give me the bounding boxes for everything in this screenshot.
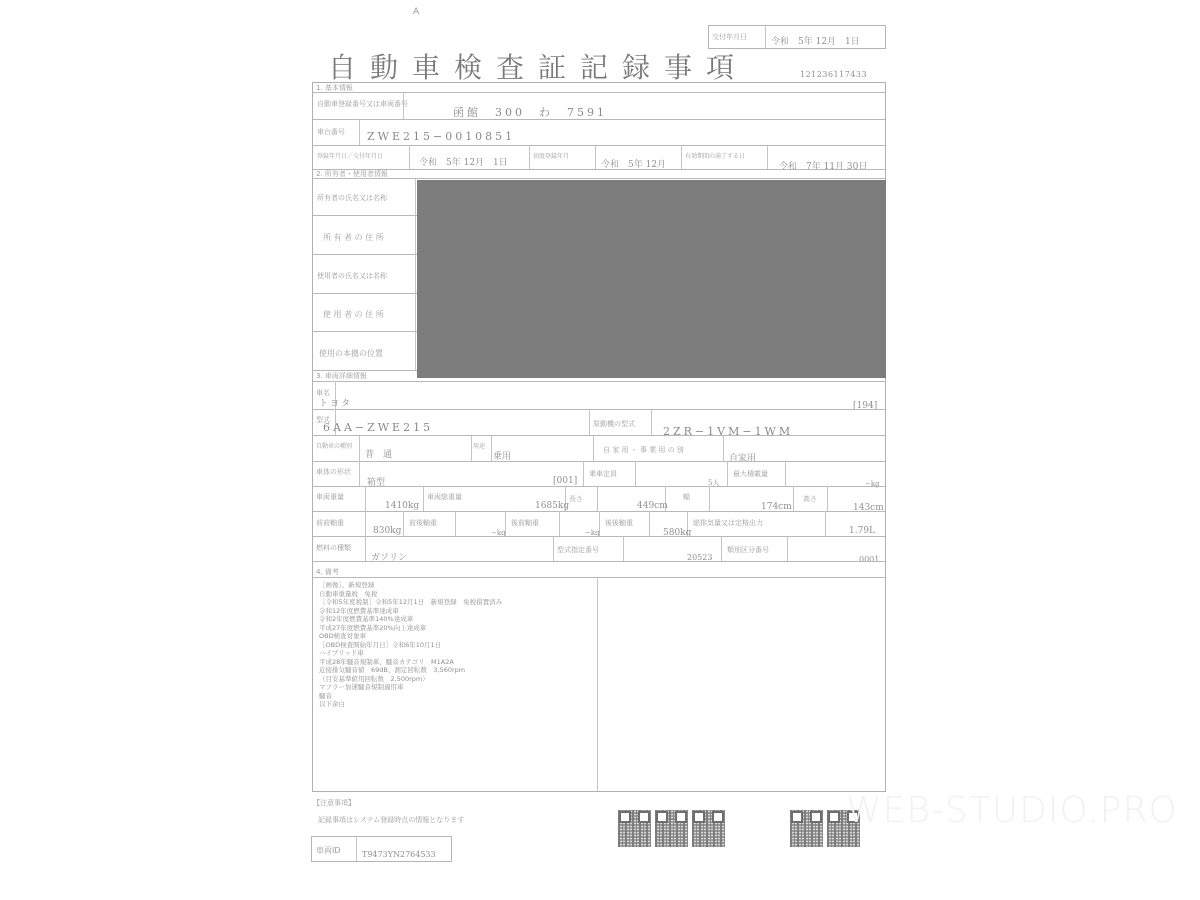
section3-heading: 3. 車両詳細情報 (316, 371, 367, 381)
owner-name-label: 所有者の氏名又は名称 (317, 193, 387, 203)
remark-line: 令和12年度燃費基準達成車 (319, 607, 502, 616)
registration-label: 自動車登録番号又は車両番号 (317, 99, 408, 109)
remark-line: ハイブリッド車 (319, 649, 502, 658)
length-value: 449cm (637, 501, 668, 511)
redacted-owner-info (417, 180, 886, 378)
vehicle-type-value: 普 通 (365, 447, 392, 460)
category-value: 0001 (859, 555, 879, 564)
section4-heading: 4. 備考 (316, 567, 339, 577)
vehicle-id-value: T9473YN2764533 (362, 850, 436, 859)
category-label: 類別区分番号 (727, 545, 769, 555)
base-location-label: 使用の本拠の位置 (319, 348, 383, 359)
user-address-label: 使 用 者 の 住 所 (323, 309, 384, 320)
ff-axle-label: 前前軸重 (316, 518, 344, 528)
inspection-form: 1. 基本情報 自動車登録番号又は車両番号 函館 300 わ 7591 車台番号… (312, 82, 886, 792)
qr-code-2 (655, 810, 688, 847)
issue-date-box: 交付年月日 令和 5年 12月 1日 (708, 25, 886, 49)
capacity-label: 乗車定員 (589, 469, 617, 479)
gross-weight-label: 車両総重量 (427, 492, 462, 502)
fr-axle-label: 前後軸重 (409, 518, 437, 528)
notes-text: 記録事項はシステム登録時点の情報となります (318, 815, 464, 825)
height-label: 高さ (803, 494, 817, 504)
remark-line: ［画像］、新規登録 (319, 581, 502, 590)
rr-axle-label: 後後軸重 (605, 518, 633, 528)
chassis-value: ZWE215−0010851 (367, 130, 515, 143)
expiry-label: 有効期間の満了する日 (685, 151, 745, 160)
body-shape-code: [001] (553, 476, 577, 486)
document-number: 121236117433 (800, 70, 867, 79)
rf-axle-label: 後前軸重 (511, 518, 539, 528)
expiry-value: 令和 7年 11月 30日 (779, 159, 867, 172)
vehicle-id-label: 車両ID (316, 845, 341, 856)
remark-line: マフラー加速騒音規制適用車 (319, 683, 502, 692)
issue-date-value: 令和 5年 12月 1日 (771, 34, 860, 47)
first-reg-label: 初度登録年月 (533, 151, 569, 160)
maker-value: トヨタ (319, 396, 352, 409)
qr-code-4 (790, 810, 823, 847)
body-shape-label: 車体の形状 (316, 467, 351, 477)
remark-line: ［令和5年度税制］令和5年12月1日 新規登録 免税措置済み (319, 598, 502, 607)
reg-date-label: 登録年月日／交付年月日 (317, 151, 383, 160)
max-load-label: 最大積載量 (733, 469, 768, 479)
weight-value: 1410kg (385, 501, 419, 511)
remark-line: 近接排気騒音値 69dB、測定回転数 3,560rpm (319, 666, 502, 675)
form-marker: A (413, 7, 419, 17)
ff-axle-value: 830kg (373, 526, 401, 536)
remark-line: （目安基準値用回転数 2,500rpm） (319, 675, 502, 684)
type-approval-label: 型式指定番号 (557, 545, 599, 555)
vehicle-type-label: 自動車の種別 (316, 441, 352, 450)
gross-weight-value: 1685kg (535, 501, 569, 511)
engine-value: 2ZR−1VM−1WM (663, 425, 793, 438)
remark-line: 以下余白 (319, 700, 502, 709)
length-label: 長さ (569, 494, 583, 504)
qr-code-3 (692, 810, 725, 847)
displacement-label: 総排気量又は定格出力 (693, 518, 763, 528)
displacement-value: 1.79L (849, 526, 875, 536)
reg-date-value: 令和 5年 12月 1日 (419, 155, 508, 168)
remark-line: 平成27年度燃費基準20%向上達成車 (319, 624, 502, 633)
remark-line: OBD検査対象車 (319, 632, 502, 641)
notes-heading: 【注意事項】 (313, 798, 355, 808)
private-business-label: 自 家 用 ・ 事 業 用 の 別 (603, 445, 684, 455)
vehicle-id-box: 車両ID T9473YN2764533 (311, 836, 452, 862)
remark-line: 騒音 (319, 692, 502, 701)
width-label: 幅 (683, 492, 690, 502)
watermark: WEB-STUDIO.PRO (846, 790, 1178, 831)
model-value: 6AA−ZWE215 (323, 421, 433, 434)
user-name-label: 使用者の氏名又は名称 (317, 271, 387, 281)
use-label: 用途 (473, 441, 485, 450)
fuel-label: 燃料の種類 (316, 543, 351, 553)
engine-label: 原動機の型式 (593, 419, 635, 429)
chassis-label: 車台番号 (317, 127, 345, 137)
owner-address-label: 所 有 者 の 住 所 (323, 232, 384, 243)
weight-label: 車両重量 (316, 492, 344, 502)
remark-line: 平成28年騒音規制車、騒音カテゴリ M1A2A (319, 658, 502, 667)
registration-value: 函館 300 わ 7591 (453, 104, 607, 120)
issue-date-label: 交付年月日 (712, 32, 747, 42)
remark-line: 令和2年度燃費基準140%達成車 (319, 615, 502, 624)
document-title: 自動車検査証記録事項 (328, 46, 748, 86)
remarks-list: ［画像］、新規登録自動車重量税 免税［令和5年度税制］令和5年12月1日 新規登… (319, 581, 502, 709)
qr-code-1 (618, 810, 651, 847)
remark-line: 自動車重量税 免税 (319, 590, 502, 599)
remark-line: ［OBD検査開始年月日］令和6年10月1日 (319, 641, 502, 650)
private-business-value: 自家用 (729, 451, 756, 464)
